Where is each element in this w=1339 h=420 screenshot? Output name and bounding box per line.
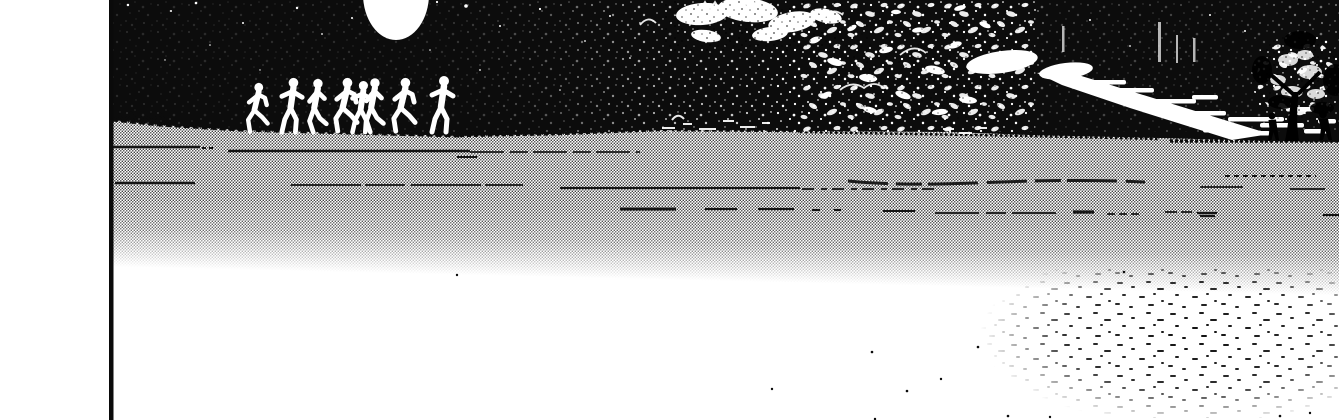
- manga-panel-image: Black-and-white manga panel: a group of …: [0, 0, 1339, 420]
- manga-panel: Black-and-white manga panel: a group of …: [0, 0, 1339, 420]
- panel-border: [109, 0, 114, 420]
